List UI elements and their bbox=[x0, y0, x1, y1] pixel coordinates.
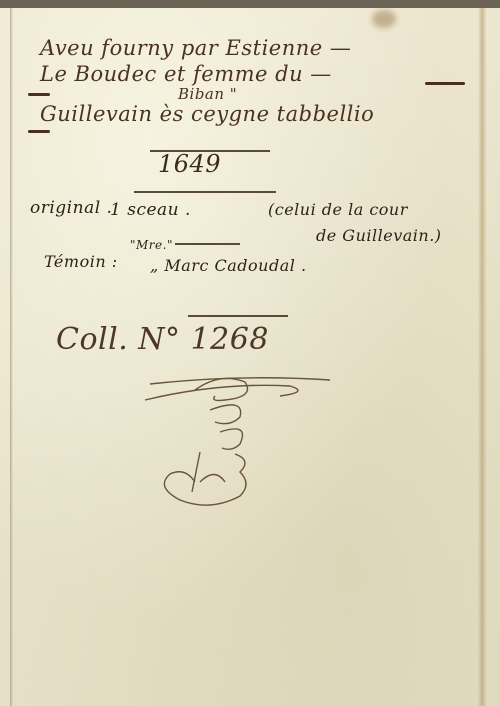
title-line-2: Le Boudec et femme du — bbox=[40, 62, 332, 86]
year: 1649 bbox=[158, 150, 221, 178]
dash-mark bbox=[425, 82, 465, 85]
page-right-edge bbox=[478, 8, 486, 706]
seal-underline bbox=[175, 243, 240, 245]
witness-title: "Mre." bbox=[130, 238, 173, 252]
page-left-edge bbox=[10, 8, 13, 706]
title-line-3: Guillevain ès ceygne tabbellio bbox=[40, 102, 374, 126]
dash-mark bbox=[28, 93, 50, 96]
seal-note-1: (celui de la cour bbox=[268, 200, 408, 219]
cote-overline bbox=[188, 315, 288, 317]
title-line-1: Aveu fourny par Estienne — bbox=[40, 36, 351, 60]
collection-number: Coll. N° 1268 bbox=[56, 322, 269, 357]
dash-mark bbox=[28, 130, 50, 133]
title-interlinear: Biban " bbox=[178, 85, 237, 103]
seal-count: 1 sceau . bbox=[110, 200, 191, 220]
seal-note-2: de Guillevain.) bbox=[316, 226, 442, 245]
witness-label: Témoin : bbox=[44, 252, 118, 271]
ink-stain bbox=[372, 10, 396, 28]
original-label: original . bbox=[30, 198, 112, 218]
year-underline bbox=[134, 191, 276, 193]
witness-name: „ Marc Cadoudal . bbox=[150, 256, 307, 275]
signature-flourish-icon bbox=[140, 372, 340, 512]
